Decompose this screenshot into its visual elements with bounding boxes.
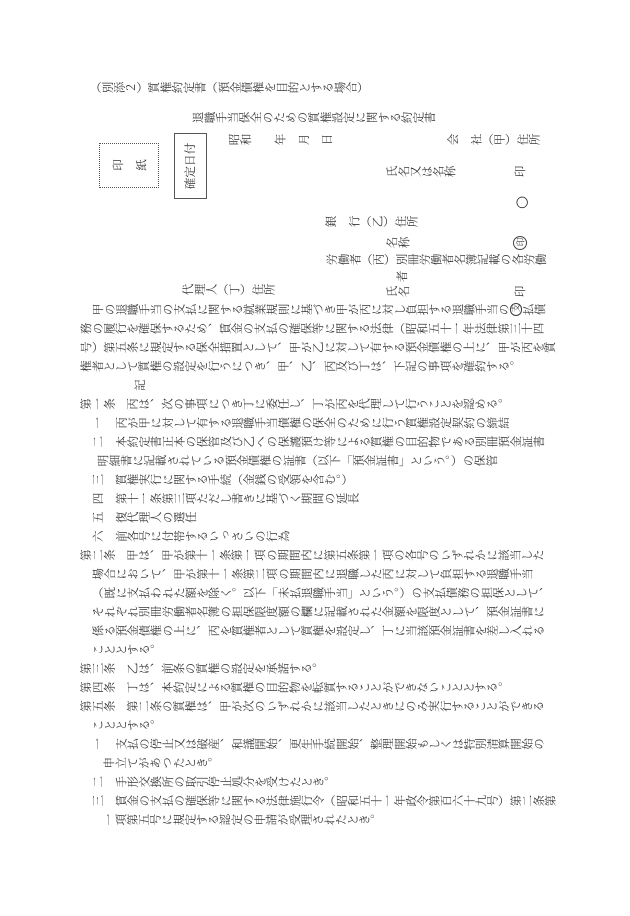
preamble-line: 務の履行を確保するため、賃金の支払の確保等に関する法律（昭和五十一年法律第三十四 bbox=[0, 319, 630, 338]
circled-character-mark: 支 bbox=[510, 304, 523, 317]
article-item: 二手形交換所の取引停止処分を受けたとき。 bbox=[0, 773, 630, 792]
seal-circle-icon: ○ bbox=[512, 194, 530, 213]
preamble-text: 払債 bbox=[522, 303, 545, 317]
article-text: 乙は、前条の質権の設定を承諾する。 bbox=[126, 661, 323, 675]
ki-heading: 記 bbox=[0, 376, 630, 395]
item-text: 賃金の支払の確保等に関する法律施行令（昭和五十一年政令第百六十九号）第二条第 bbox=[115, 794, 556, 808]
agent-name-label: 氏名 bbox=[386, 283, 409, 302]
company-address-label: 会 社（甲）住所 bbox=[447, 131, 540, 150]
article-text: 甲は、甲が第十一条第一項の期間内に第五条第一項の各号のいずれかに該当した bbox=[126, 548, 544, 562]
article-text: 丁は、本約定による質権の目的物を転質することができないこととする。 bbox=[126, 680, 509, 694]
item-text: 前各号に付帯するいっさいの行為 bbox=[115, 529, 289, 543]
article-heading: 第三条 bbox=[80, 661, 115, 675]
article-item: 一丙が甲に対して有する退職手当債権の保全のために行う質権設定契約の締結 bbox=[0, 414, 630, 433]
article-heading: 第一条 bbox=[80, 397, 115, 411]
article-item: 四第十一条第三項ただし書きに基づく期間の延長 bbox=[0, 489, 630, 508]
article-continuation: こととする。 bbox=[0, 716, 630, 735]
preamble-line: 号）第五条に規定する保全措置として、甲が乙に対して有する預金債権の上に、甲が丙を… bbox=[0, 338, 630, 357]
item-continuation: 明細書に記載されている預金債権の証書（以下「預金証書」という。）の保管 bbox=[0, 452, 630, 471]
document-page: （別添２）質権約定書（預金債権を目的とする場合） 退職手当保全のための質権設定に… bbox=[0, 0, 630, 916]
article-item: 二本約定書正本の保管及び乙への保護預け等による質権の目的物である別冊預金証書 bbox=[0, 433, 630, 452]
item-number: 五 bbox=[92, 510, 104, 524]
article-item: 五復代理人の選任 bbox=[0, 508, 630, 527]
certified-date-box: 確定日付 bbox=[174, 133, 207, 199]
agreement-document: （別添２）質権約定書（預金債権を目的とする場合） 退職手当保全のための質権設定に… bbox=[0, 0, 630, 916]
article-heading: 第二条 bbox=[80, 548, 115, 562]
item-text: 質権実行に関する手続（金銭の受領を含む。） bbox=[115, 473, 353, 487]
article-heading: 第五条 bbox=[80, 699, 115, 713]
article-heading: 第四条 bbox=[80, 680, 115, 694]
article-2: 第二条甲は、甲が第十一条第一項の期間内に第五条第一項の各号のいずれかに該当した bbox=[0, 546, 630, 565]
preamble-text: 甲の退職手当の支払に関する就業規則に基づき甲が丙に対し負担する退職手当の bbox=[92, 303, 510, 317]
item-number: 一 bbox=[92, 737, 104, 751]
item-continuation: 一項第五号に規定する認定の申請が受理されたとき。 bbox=[0, 811, 630, 830]
article-text: 丙は、次の事項につき丁に委任し、丁が丙を代理して行うことを認める。 bbox=[126, 397, 509, 411]
item-number: 六 bbox=[92, 529, 104, 543]
item-continuation: 申立てがあつたとき。 bbox=[0, 754, 630, 773]
agreement-body: 甲の退職手当の支払に関する就業規則に基づき甲が丙に対し負担する退職手当の支払債 … bbox=[0, 301, 630, 831]
article-item: 三質権実行に関する手続（金銭の受領を含む。） bbox=[0, 471, 630, 490]
company-name-label: 氏名又は名称 bbox=[386, 163, 456, 182]
article-continuation: それぞれ別冊労働者名簿の担保限度額の欄に記載された金額を限度として、預金証書に bbox=[0, 603, 630, 622]
article-4: 第四条丁は、本約定による質権の目的物を転質することができないこととする。 bbox=[0, 678, 630, 697]
item-text: 丙が甲に対して有する退職手当債権の保全のために行う質権設定契約の締結 bbox=[115, 416, 509, 430]
article-3: 第三条乙は、前条の質権の設定を承諾する。 bbox=[0, 659, 630, 678]
circled-seal-icon: 印 bbox=[513, 236, 527, 250]
company-seal-label: 印 bbox=[514, 163, 526, 182]
item-text: 復代理人の選任 bbox=[115, 510, 196, 524]
article-item: 一支払の停止又は破産、和議開始、更生手続開始、整理開始もしくは特別清算開始の bbox=[0, 735, 630, 754]
item-text: 支払の停止又は破産、和議開始、更生手続開始、整理開始もしくは特別清算開始の bbox=[115, 737, 544, 751]
attachment-label: （別添２）質権約定書（預金債権を目的とする場合） bbox=[90, 79, 368, 98]
item-text: 本約定書正本の保管及び乙への保護預け等による質権の目的物である別冊預金証書 bbox=[115, 435, 544, 449]
item-number: 一 bbox=[92, 416, 104, 430]
agent-seal-label: 印 bbox=[514, 283, 526, 302]
revenue-stamp-box: 印 紙 bbox=[99, 143, 159, 188]
article-item: 六前各号に付帯するいっさいの行為 bbox=[0, 527, 630, 546]
article-1: 第一条丙は、次の事項につき丁に委任し、丁が丙を代理して行うことを認める。 bbox=[0, 395, 630, 414]
item-text: 手形交換所の取引停止処分を受けたとき。 bbox=[115, 775, 335, 789]
bank-address-label: 銀 行（乙）住所 bbox=[325, 213, 418, 232]
article-5: 第五条第二条の質権は、甲が次のいずれかに該当したときにのみ実行することができる bbox=[0, 697, 630, 716]
item-text: 第十一条第三項ただし書きに基づく期間の延長 bbox=[115, 491, 359, 505]
preamble-line: 権者として質権の設定を行うにつき、甲、乙、丙及び丁は、下記の事項を確約する。 bbox=[0, 357, 630, 376]
preamble-line: 甲の退職手当の支払に関する就業規則に基づき甲が丙に対し負担する退職手当の支払債 bbox=[0, 301, 630, 320]
article-continuation: 係る預金債権の上に、丙を質権者として質権を設定し、丁に当該預金証書を差し入れる bbox=[0, 622, 630, 641]
article-continuation: こととする。 bbox=[0, 641, 630, 660]
article-item: 三賃金の支払の確保等に関する法律施行令（昭和五十一年政令第百六十九号）第二条第 bbox=[0, 792, 630, 811]
item-number: 四 bbox=[92, 491, 104, 505]
article-continuation: 場合において、甲が第十一条第二項の期間内に退職した丙に対して負担する退職手当 bbox=[0, 565, 630, 584]
article-continuation: （既に支払われた額を除く。以下「未払退職手当」という。）の支払債務の担保として、 bbox=[0, 584, 630, 603]
document-title: 退職手当保全のための質権設定に関する約定書 bbox=[192, 109, 436, 128]
item-number: 三 bbox=[92, 473, 104, 487]
item-number: 二 bbox=[92, 435, 104, 449]
workers-label: 労働者（丙）別冊労働者名簿記載の各労働 bbox=[326, 251, 546, 270]
article-text: 第二条の質権は、甲が次のいずれかに該当したときにのみ実行することができる bbox=[126, 699, 544, 713]
date-line: 昭和 年 月 日 bbox=[228, 131, 332, 150]
item-number: 三 bbox=[92, 794, 104, 808]
item-number: 二 bbox=[92, 775, 104, 789]
agent-address-label: 代理人（丁）住所 bbox=[182, 281, 275, 300]
